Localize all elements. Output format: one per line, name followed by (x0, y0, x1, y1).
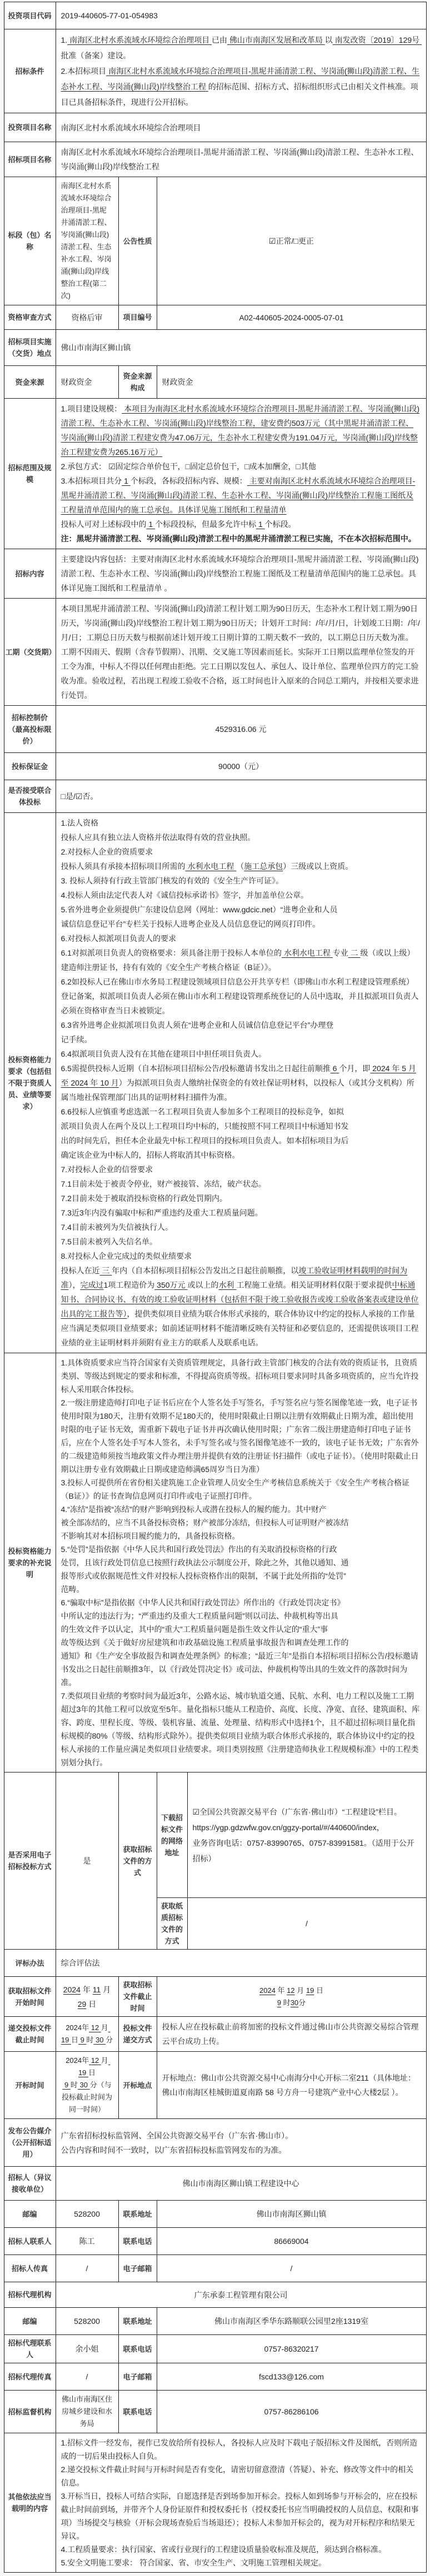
row-duration: 工期（交货期） 本项目黑坭井涌清淤工程、岑岗涌(狮山段)清淤工程计划工期为90日… (4, 599, 426, 706)
consortium-label: 是否接受联合体投标 (4, 780, 56, 813)
section-package-label: 标段（包）名称 (4, 177, 56, 305)
row-consortium: 是否接受联合体投标 □是/☑否。 (4, 780, 426, 813)
agency-contact-label: 招标代理联系人 (4, 2335, 56, 2363)
row-tenderer-postcode: 邮编 528200 联系地址 佛山市南海区狮山镇 (4, 2201, 426, 2228)
electronic-value: 是 (56, 1772, 118, 1950)
obtain-method-label: 获取招标文件的方式 (118, 1772, 157, 1950)
doc-obtain-start-value: 2024 年 11 月 29 日 (56, 1977, 118, 2017)
location-value: 佛山市南海区狮山镇 (56, 330, 426, 366)
tenderer-label: 招标人（异议接收单位） (4, 2167, 56, 2201)
agency-address-label: 联系地址 (118, 2308, 157, 2335)
row-electronic-download: 是否采用电子招标投标方式 是 获取招标文件的方式 下载招标文件的网络地址 ☑全国… (4, 1772, 426, 1898)
row-tender-project-name: 招标项目名称 南海区北村水系流域水环境综合治理项目-黑坭井涌清淤工程、岑岗涌(狮… (4, 142, 426, 177)
evaluation-value: 综合评估法 (56, 1950, 426, 1977)
row-supervision: 招标监督机构 佛山市南海区住房城乡建设和水务局 联系电话 0757-862861… (4, 2391, 426, 2433)
row-investment-code: 投资项目代码 2019-440605-77-01-054983 (4, 2, 426, 29)
tender-announcement-table: 投资项目代码 2019-440605-77-01-054983 招标条件 1. … (4, 2, 427, 2573)
qualification-value: 1.法人资格 投标人应具有独立法人资格并依法取得有效的营业执照。 2.对投标人企… (56, 813, 426, 1353)
content-label: 招标内容 (4, 549, 56, 599)
delivery-method-value: 投标人应在投标截止前将加密的投标文件通过佛山市公共资源交易综合管理云平台成功上传… (157, 2017, 426, 2052)
media-label: 发布公告媒介（公开招标适用） (4, 2119, 56, 2167)
row-qualification: 投标资格能力要求（包括但不限于资质人员、业绩等要求） 1.法人资格 投标人应具有… (4, 813, 426, 1353)
electronic-label: 是否采用电子招标投标方式 (4, 1772, 56, 1950)
agency-contact-value: 余小姐 (56, 2335, 118, 2363)
funding-value: 财政资金 (56, 366, 118, 399)
supervision-value: 佛山市南海区住房城乡建设和水务局 (56, 2391, 118, 2433)
row-scope: 招标范围及规模 1.项目建设规模： 本项目为南海区北村水系流域水环境综合治理项目… (4, 399, 426, 549)
submission-time: 2024年 12 月 19 日 9 时 30 分 (56, 2017, 118, 2052)
row-tender-conditions: 招标条件 1. 南海区北村水系流域水环境综合治理项目 已由 佛山市南海区发展和改… (4, 29, 426, 113)
row-qualification-review: 资格审查方式 资格后审 项目编号 A02-440605-2024-0005-07… (4, 305, 426, 330)
investment-name-value: 南海区北村水系流域水环境综合治理项目 (56, 113, 426, 142)
opening-time-value: 2024年 12 月 19 日 9 时 30 分（与投标截止时间为同一时间） (56, 2052, 118, 2119)
qualification-review-value: 资格后审 (56, 305, 118, 330)
content-value: 主要建设内容包括：主要对南海区北村水系流域水环境综合治理项目-黑坭井涌清淤工程、… (56, 549, 426, 599)
tenderer-contact-label: 招标人联系人 (4, 2228, 56, 2255)
location-label: 招标项目实施（交货）地点 (4, 330, 56, 366)
evaluation-label: 评标办法 (4, 1950, 56, 1977)
section-package-value: 南海区北村水系流域水环境综合治理项目-黑坭井涌清淤工程、岑岗涌(狮山段)清淤工程… (56, 177, 118, 305)
row-evaluation: 评标办法 综合评估法 (4, 1950, 426, 1977)
scope-value: 1.项目建设规模： 本项目为南海区北村水系流域水环境综合治理项目-黑坭井涌清淤工… (56, 399, 426, 549)
row-submission: 递交投标文件截止时间 2024年 12 月 19 日 9 时 30 分 投标文件… (4, 2017, 426, 2052)
opening-place-label: 开标地点 (118, 2052, 157, 2119)
project-no-value: A02-440605-2024-0005-07-01 (157, 305, 426, 330)
tenderer-postcode-label: 邮编 (4, 2201, 56, 2228)
agency-fax-value: / (56, 2363, 118, 2391)
row-doc-obtain: 获取招标文件开始时间 2024 年 11 月 29 日 获取招标文件截止时间 2… (4, 1977, 426, 2017)
doc-obtain-start-label: 获取招标文件开始时间 (4, 1977, 56, 2017)
other-value: 1.招标文件一经发布，视作已发放给所有投标人，各投标人应及时下载电子版招标文件及… (56, 2433, 426, 2573)
row-other: 其他依法应当载明的内容 1.招标文件一经发布，视作已发放给所有投标人，各投标人应… (4, 2433, 426, 2573)
other-label: 其他依法应当载明的内容 (4, 2433, 56, 2573)
row-agency-postcode: 邮编 528200 联系地址 佛山市南海区季华东路顺联公园里2座1319室 (4, 2308, 426, 2335)
investment-code-value: 2019-440605-77-01-054983 (56, 2, 426, 29)
control-price-label: 招标控制价（最高投标限价） (4, 706, 56, 753)
row-qualification-supplement: 投标资格能力要求的补充说明 1.具体资质要求应当符合国家有关资质管理规定，具备行… (4, 1353, 426, 1772)
paper-method-value: / (187, 1898, 426, 1950)
qualification-supplement-label: 投标资格能力要求的补充说明 (4, 1353, 56, 1772)
tender-project-name-value: 南海区北村水系流域水环境综合治理项目-黑坭井涌清淤工程、岑岗涌(狮山段)清淤工程… (56, 142, 426, 177)
agency-postcode-label: 邮编 (4, 2308, 56, 2335)
row-media: 发布公告媒介（公开招标适用） 广东省招标投标监管网、全国公共资源交易平台（广东省… (4, 2119, 426, 2167)
doc-obtain-end-value: 2024 年 12 月 19 日 9 时30分 (157, 1977, 426, 2017)
tenderer-address-value: 佛山市南海区狮山镇 (157, 2201, 426, 2228)
row-content: 招标内容 主要建设内容包括：主要对南海区北村水系流域水环境综合治理项目-黑坭井涌… (4, 549, 426, 599)
row-agency-contact: 招标代理联系人 余小姐 联系电话 0757-86320217 (4, 2335, 426, 2363)
agency-tel-value: 0757-86320217 (157, 2335, 426, 2363)
row-section-package: 标段（包）名称 南海区北村水系流域水环境综合治理项目-黑坭井涌清淤工程、岑岗涌(… (4, 177, 426, 305)
agency-postcode-value: 528200 (56, 2308, 118, 2335)
row-bid-bond: 投标保证金 90000（元） (4, 753, 426, 780)
agency-address-value: 佛山市南海区季华东路顺联公园里2座1319室 (157, 2308, 426, 2335)
opening-place-value: 开标地点：佛山市公共资源交易中心南海分中心开标二室211（具体地址：佛山市南海区… (157, 2052, 426, 2119)
bid-bond-value: 90000（元） (56, 753, 426, 780)
submission-label: 递交投标文件截止时间 (4, 2017, 56, 2052)
investment-name-label: 投资项目名称 (4, 113, 56, 142)
row-agency-fax: 招标代理传真 / 电子邮箱 fscd133@126.com (4, 2363, 426, 2391)
tenderer-contact-value: 陈工 (56, 2228, 118, 2255)
tenderer-address-label: 联系地址 (118, 2201, 157, 2228)
tenderer-fax-label: 招标人传真 (4, 2255, 56, 2282)
tender-project-name-label: 招标项目名称 (4, 142, 56, 177)
duration-label: 工期（交货期） (4, 599, 56, 706)
agency-email-label: 电子邮箱 (118, 2363, 157, 2391)
funding-composition-label: 资金来源构成 (118, 366, 157, 399)
agency-label: 招标代理机构 (4, 2282, 56, 2308)
notice-nature-value: ☑正常/□更正 (157, 177, 426, 305)
funding-composition-value: 财政资金 (157, 366, 426, 399)
tenderer-fax-value: / (56, 2255, 118, 2282)
media-value: 广东省招标投标监管网、全国公共资源交易平台（广东省·佛山市）。 公告内容和时间不… (56, 2119, 426, 2167)
page: 投资项目代码 2019-440605-77-01-054983 招标条件 1. … (0, 0, 430, 2576)
agency-value: 广东承泰工程管理有限公司 (56, 2282, 426, 2308)
row-opening: 开标时间 2024年 12 月 19 日 9 时 30 分（与投标截止时间为同一… (4, 2052, 426, 2119)
duration-value: 本项目黑坭井涌清淤工程、岑岗涌(狮山段)清淤工程计划工期为90日历天，生态补水工… (56, 599, 426, 706)
tenderer-tel-label: 联系电话 (118, 2228, 157, 2255)
scope-label: 招标范围及规模 (4, 399, 56, 549)
tender-conditions-label: 招标条件 (4, 29, 56, 113)
qualification-label: 投标资格能力要求（包括但不限于资质人员、业绩等要求） (4, 813, 56, 1353)
row-tenderer: 招标人（异议接收单位） 佛山市南海区狮山镇工程建设中心 (4, 2167, 426, 2201)
agency-tel-label: 联系电话 (118, 2335, 157, 2363)
row-tenderer-fax: 招标人传真 / 电子邮箱 / (4, 2255, 426, 2282)
tenderer-tel-value: 86669004 (157, 2228, 426, 2255)
project-no-label: 项目编号 (118, 305, 157, 330)
tenderer-postcode-value: 528200 (56, 2201, 118, 2228)
notice-nature-label: 公告性质 (118, 177, 157, 305)
agency-fax-label: 招标代理传真 (4, 2363, 56, 2391)
doc-obtain-end-label: 获取招标文件截止时间 (118, 1977, 157, 2017)
investment-code-label: 投资项目代码 (4, 2, 56, 29)
control-price-value: 4529316.06 元 (56, 706, 426, 753)
paper-method-label: 获取纸质招标文件的方式 (157, 1898, 187, 1950)
bid-bond-label: 投标保证金 (4, 753, 56, 780)
row-location: 招标项目实施（交货）地点 佛山市南海区狮山镇 (4, 330, 426, 366)
row-funding: 资金来源 财政资金 资金来源构成 财政资金 (4, 366, 426, 399)
row-control-price: 招标控制价（最高投标限价） 4529316.06 元 (4, 706, 426, 753)
consortium-value: □是/☑否。 (56, 780, 426, 813)
tenderer-email-value: / (157, 2255, 426, 2282)
download-address-label: 下载招标文件的网络地址 (157, 1772, 187, 1898)
tenderer-value: 佛山市南海区狮山镇工程建设中心 (56, 2167, 426, 2201)
row-agency: 招标代理机构 广东承泰工程管理有限公司 (4, 2282, 426, 2308)
supervision-tel-label: 联系电话 (118, 2391, 157, 2433)
tender-conditions-value: 1. 南海区北村水系流域水环境综合治理项目 已由 佛山市南海区发展和改革局 以 … (56, 29, 426, 113)
opening-time-label: 开标时间 (4, 2052, 56, 2119)
supervision-label: 招标监督机构 (4, 2391, 56, 2433)
download-address-value: ☑全国公共资源交易平台（广东省·佛山市）“工程建设”栏目。 https://yg… (187, 1772, 426, 1898)
funding-label: 资金来源 (4, 366, 56, 399)
qualification-supplement-value: 1.具体资质要求应当符合国家有关资质管理规定，具备行政主管部门核发的合法有效的资… (56, 1353, 426, 1772)
qualification-review-label: 资格审查方式 (4, 305, 56, 330)
supervision-tel-value: 0757-86286106 (157, 2391, 426, 2433)
row-investment-name: 投资项目名称 南海区北村水系流域水环境综合治理项目 (4, 113, 426, 142)
agency-email-value: fscd133@126.com (157, 2363, 426, 2391)
tenderer-email-label: 电子邮箱 (118, 2255, 157, 2282)
row-tenderer-contact: 招标人联系人 陈工 联系电话 86669004 (4, 2228, 426, 2255)
delivery-method-label: 投标文件递交方式 (118, 2017, 157, 2052)
